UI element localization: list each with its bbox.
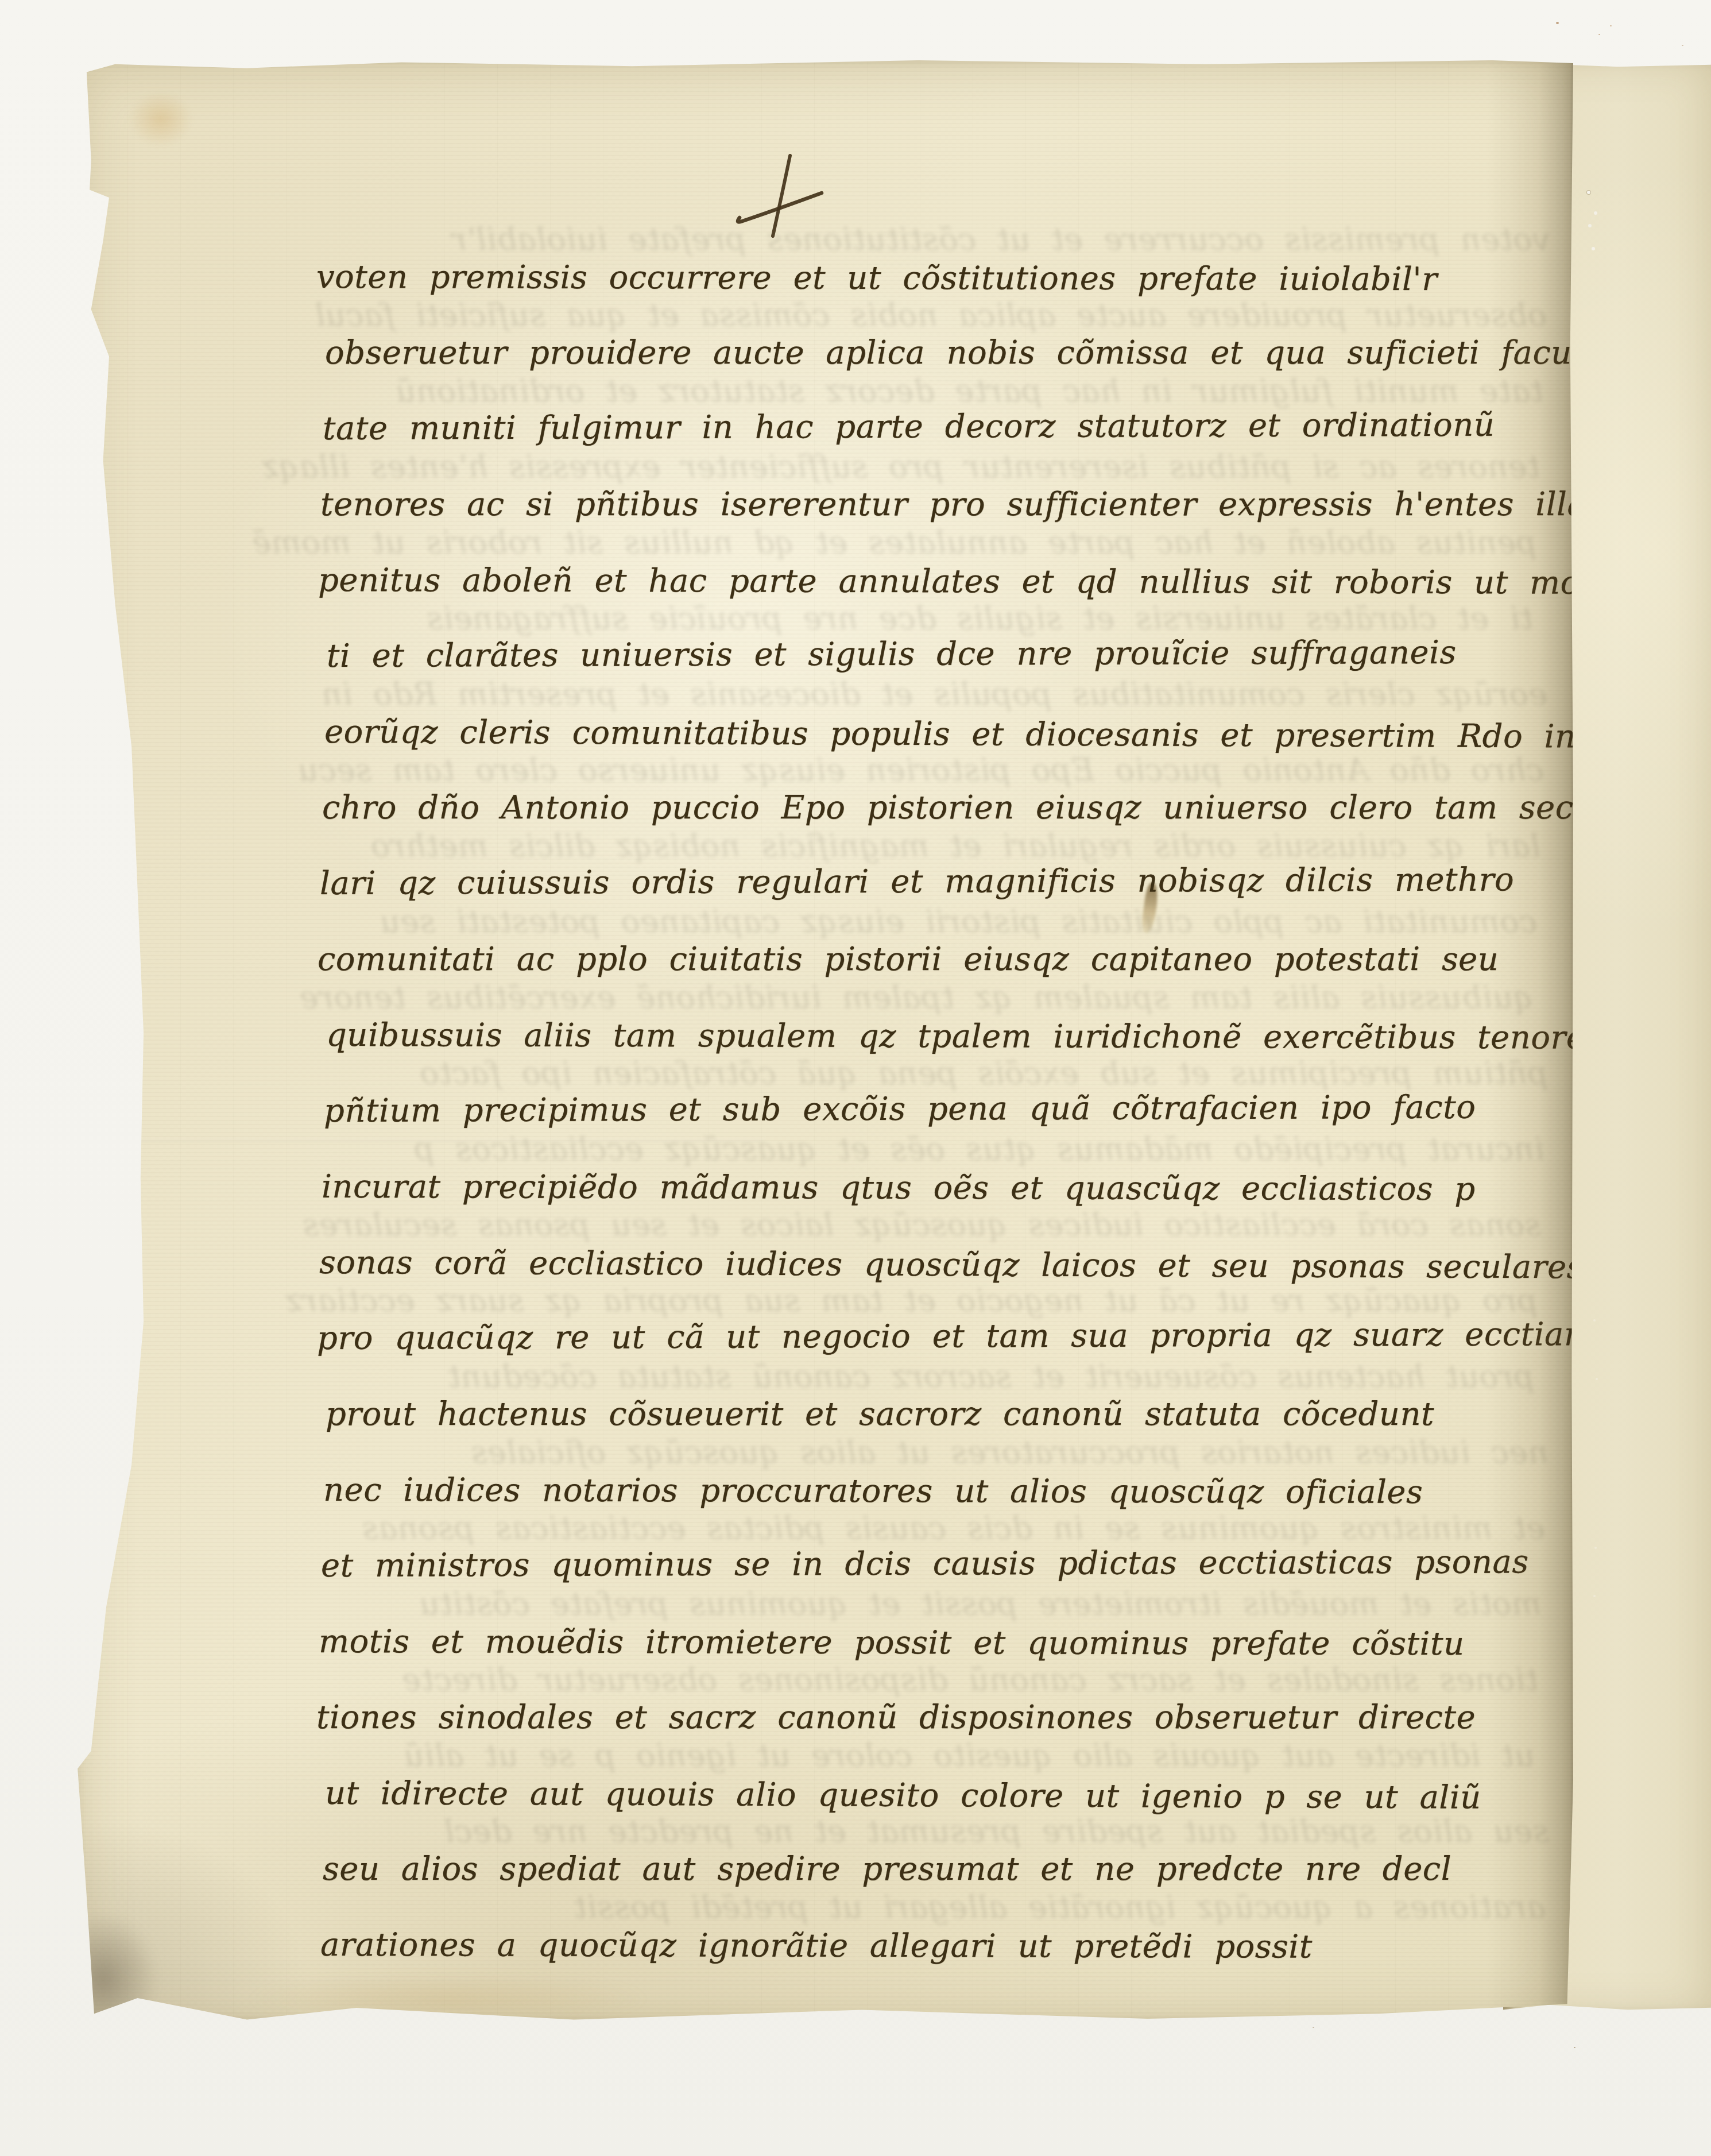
manuscript-line: tiones sinodales et sacrz canonũ disposi…: [316, 1680, 1579, 1756]
manuscript-line: seu alios spediat aut spedire presumat e…: [323, 1832, 1579, 1907]
scanned-manuscript: voten premissis occurrere et ut cõstitut…: [0, 0, 1711, 2156]
manuscript-line: ti et clarãtes uniuersis et sigulis dce …: [327, 615, 1579, 694]
foxing-specks: [1556, 22, 1559, 24]
stain-bottom-left: [49, 1912, 158, 2045]
manuscript-line: motis et mouẽdis itromietere possit et q…: [319, 1604, 1579, 1683]
manuscript-line: nec iudices notarios proccuratores ut al…: [323, 1452, 1579, 1531]
manuscript-line: ut idirecte aut quouis alio quesito colo…: [325, 1756, 1579, 1836]
manuscript-line: quibussuis aliis tam spualem qz tpalem i…: [326, 998, 1579, 1076]
manuscript-line: chro dño Antonio puccio Epo pistorien ei…: [322, 770, 1579, 846]
manuscript-line: sonas corã eccliastico iudices quoscũqz …: [319, 1225, 1579, 1305]
manuscript-line: prout hactenus cõsueuerit et sacrorz can…: [326, 1377, 1579, 1452]
manuscript-line: incurat precipiẽdo mãdamus qtus oẽs et q…: [322, 1149, 1579, 1228]
manuscript-line: tenores ac si pñtibus isererentur pro su…: [320, 467, 1579, 543]
manuscript-line: obseruetur prouidere aucte aplica nobis …: [325, 315, 1579, 391]
manuscript-text-block: voten premissis occurrere et ut cõstitut…: [322, 239, 1579, 1983]
stain-top-left: [129, 92, 192, 146]
manuscript-page: voten premissis occurrere et ut cõstitut…: [75, 60, 1573, 2022]
manuscript-line: comunitati ac pplo ciuitatis pistorii ei…: [318, 922, 1579, 998]
fold-shadow: [1487, 60, 1573, 2022]
manuscript-line: penitus aboleñ et hac parte annulates et…: [318, 543, 1579, 621]
manuscript-line: lari qz cuiussuis ordis regulari et magn…: [320, 842, 1579, 922]
manuscript-line: pro quacũqz re ut cã ut negocio et tam s…: [317, 1297, 1579, 1377]
manuscript-line: pñtium precipimus et sub excõis pena quã…: [324, 1069, 1579, 1149]
manuscript-line: arationes a quocũqz ignorãtie allegari u…: [320, 1907, 1579, 1986]
manuscript-line: et ministros quominus se in dcis causis …: [321, 1524, 1579, 1604]
manuscript-line: voten premissis occurrere et ut cõstitut…: [316, 239, 1579, 318]
manuscript-line: tate muniti fulgimur in hac parte decorz…: [323, 387, 1579, 467]
cross-mark-icon: [735, 153, 827, 239]
sewing-pinholes: [1587, 191, 1590, 194]
manuscript-line: eorũqz cleris comunitatibus populis et d…: [324, 694, 1579, 775]
